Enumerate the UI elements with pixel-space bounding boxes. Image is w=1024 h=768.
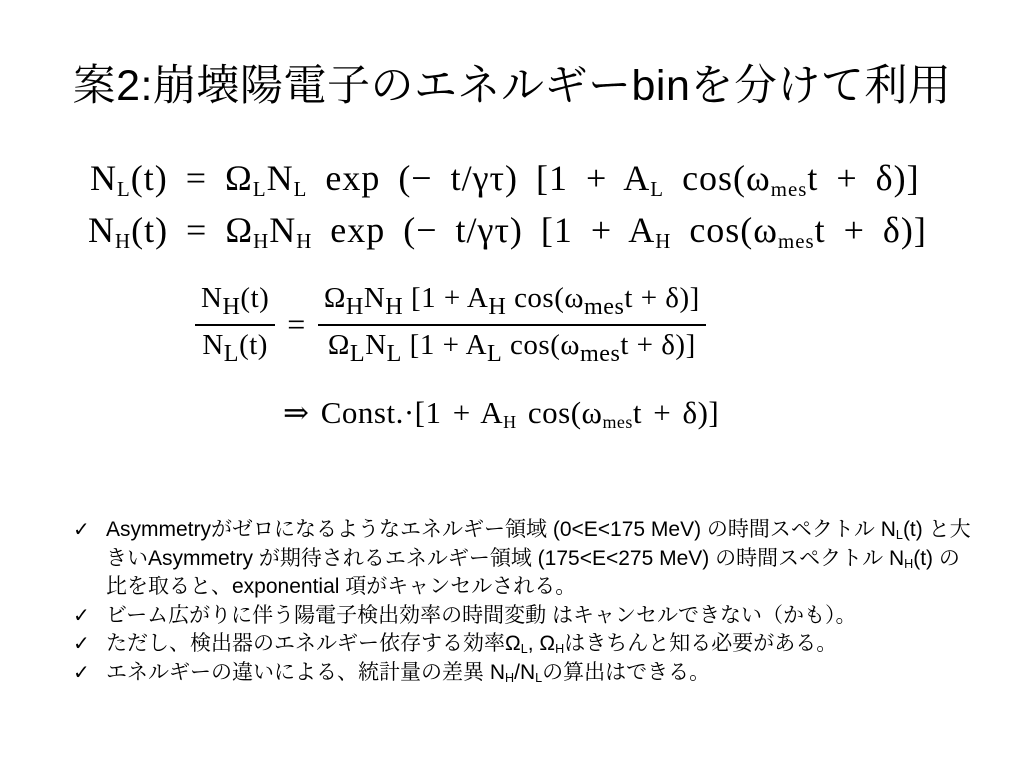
bullet-item: ✓ ただし、検出器のエネルギー依存する効率ΩL, ΩHはきちんと知る必要がある。 xyxy=(73,630,978,659)
fraction-bar xyxy=(318,324,706,326)
bullet-text: ただし、検出器のエネルギー依存する効率ΩL, ΩHはきちんと知る必要がある。 xyxy=(106,630,978,659)
slide-title: 案2:崩壊陽電子のエネルギーbinを分けて利用 xyxy=(0,52,1024,113)
checkmark-icon: ✓ xyxy=(73,602,106,631)
fraction-bar xyxy=(195,324,275,326)
checkmark-icon: ✓ xyxy=(73,516,106,545)
bullet-text: Asymmetryがゼロになるようなエネルギー領域 (0<E<175 MeV) … xyxy=(106,516,978,602)
fraction-lhs: NH(t) NL(t) xyxy=(195,282,275,368)
equation-nh: NH(t) = ΩHNH exp (− t/γτ) [1 + AH cos(ωm… xyxy=(88,208,927,253)
bullet-item: ✓ ビーム広がりに伴う陽電子検出効率の時間変動 はキャンセルできない（かも）。 xyxy=(73,602,978,631)
bullet-item: ✓ Asymmetryがゼロになるようなエネルギー領域 (0<E<175 MeV… xyxy=(73,516,978,602)
bullet-text: ビーム広がりに伴う陽電子検出効率の時間変動 はキャンセルできない（かも）。 xyxy=(106,602,978,631)
bullet-item: ✓ エネルギーの違いによる、統計量の差異 NH/NLの算出はできる。 xyxy=(73,659,978,688)
fraction-rhs-denominator: ΩLNL [1 + AL cos(ωmest + δ)] xyxy=(322,329,702,368)
checkmark-icon: ✓ xyxy=(73,630,106,659)
fraction-rhs-numerator: ΩHNH [1 + AH cos(ωmest + δ)] xyxy=(318,282,706,321)
checkmark-icon: ✓ xyxy=(73,659,106,688)
presentation-slide: 案2:崩壊陽電子のエネルギーbinを分けて利用 NL(t) = ΩLNL exp… xyxy=(0,0,1024,768)
fraction-lhs-denominator: NL(t) xyxy=(196,329,274,368)
equals-sign: = xyxy=(285,306,308,343)
ratio-equation: NH(t) NL(t) = ΩHNH [1 + AH cos(ωmest + δ… xyxy=(195,282,706,368)
conclusion-equation: ⇒ Const.·[1 + AH cos(ωmest + δ)] xyxy=(283,394,719,433)
equation-nl: NL(t) = ΩLNL exp (− t/γτ) [1 + AL cos(ωm… xyxy=(90,156,920,201)
fraction-rhs: ΩHNH [1 + AH cos(ωmest + δ)] ΩLNL [1 + A… xyxy=(318,282,706,368)
bullet-text: エネルギーの違いによる、統計量の差異 NH/NLの算出はできる。 xyxy=(106,659,978,688)
fraction-lhs-numerator: NH(t) xyxy=(195,282,275,321)
bullet-list: ✓ Asymmetryがゼロになるようなエネルギー領域 (0<E<175 MeV… xyxy=(73,516,978,687)
